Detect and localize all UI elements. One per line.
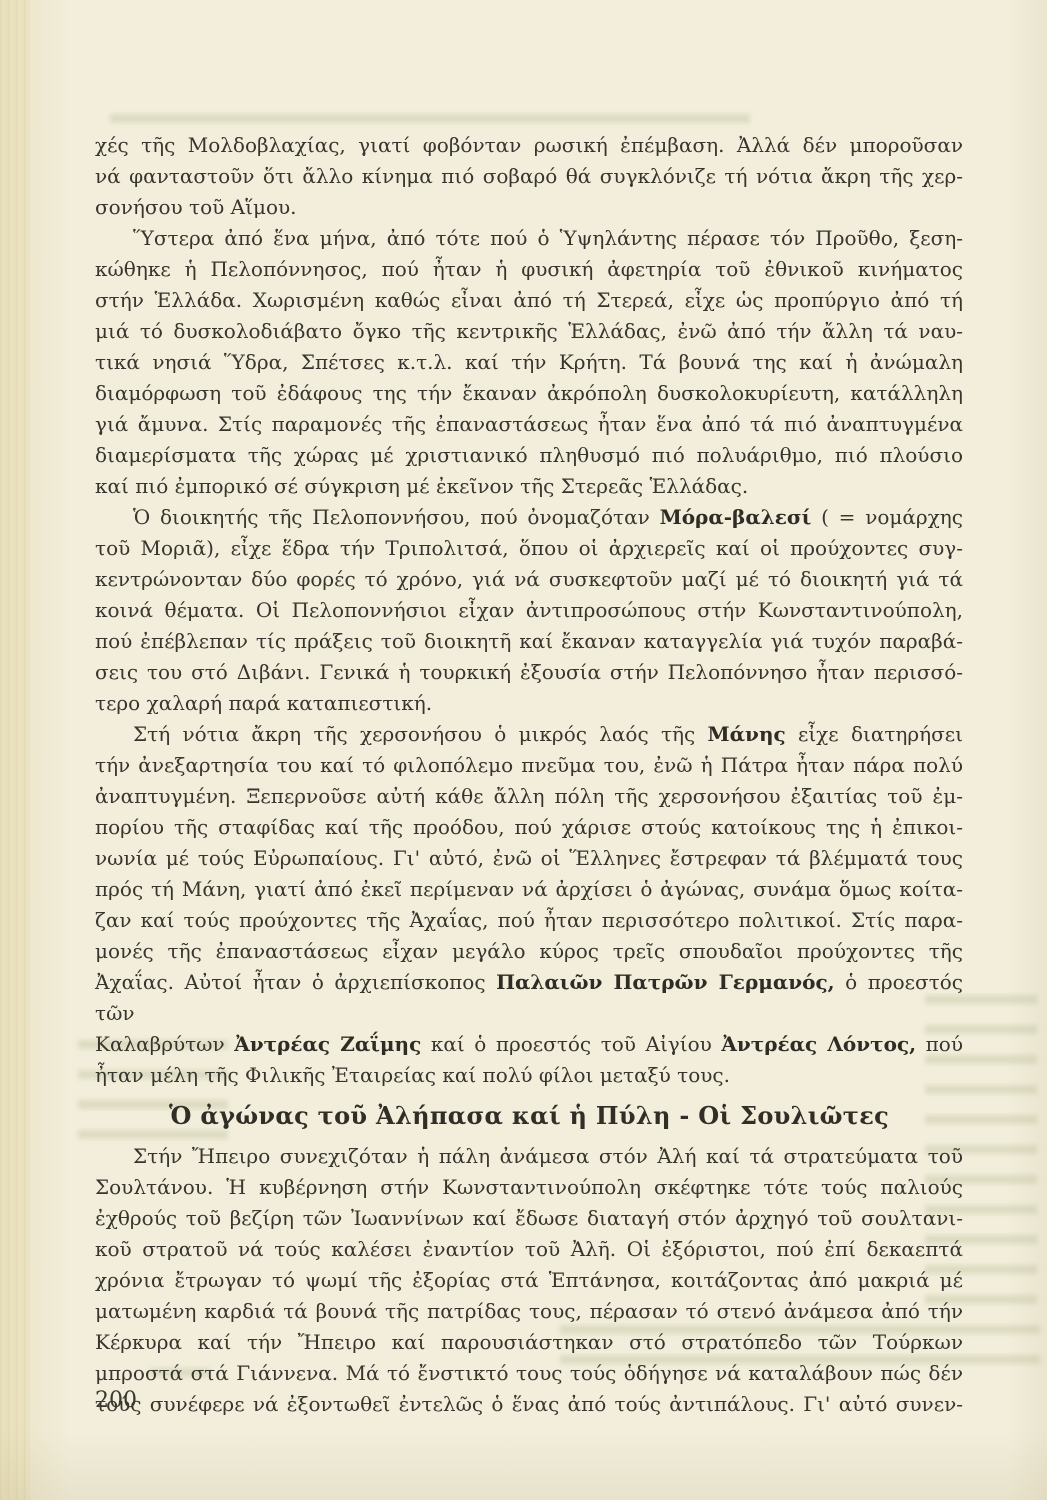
text-line: Στήν Ἤπειρο συνεχιζόταν ἡ πάλη ἀνάμεσα σ…: [95, 1141, 963, 1172]
text-block: χές τῆς Μολδοβλαχίας, γιατί φοβόνταν ρωσ…: [95, 130, 963, 1420]
paragraph-peloponnisos: Ὕστερα ἀπό ἕνα μήνα, ἀπό τότε πού ὁ Ὑψηλ…: [95, 223, 963, 502]
text-line: κοινά θέματα. Οἱ Πελοποννήσιοι εἶχαν ἀντ…: [95, 595, 963, 626]
text-line: ματωμένη καρδιά τά βουνά τῆς πατρίδας το…: [95, 1296, 963, 1327]
text-line: χρόνια ἔτρωγαν τό ψωμί τῆς ἐξορίας στά Ἑ…: [95, 1265, 963, 1296]
text-line: Στή νότια ἄκρη τῆς χερσονήσου ὁ μικρός λ…: [95, 719, 963, 750]
text-line: Ἀχαΐας. Αὐτοί ἦταν ὁ ἀρχιεπίσκοπος Παλαι…: [95, 967, 963, 1029]
text-line: Κέρκυρα καί τήν Ἤπειρο καί παρουσιάστηκα…: [95, 1327, 963, 1358]
text-line: τήν ἀνεξαρτησία του καί τό φιλοπόλεμο πν…: [95, 750, 963, 781]
text-line: στήν Ἑλλάδα. Χωρισμένη καθώς εἶναι ἀπό τ…: [95, 285, 963, 316]
text-line: ἐχθρούς τοῦ βεζίρη τῶν Ἰωαννίνων καί ἔδω…: [95, 1203, 963, 1234]
text-line: τικά νησιά Ὕδρα, Σπέτσες κ.τ.λ. καί τήν …: [95, 347, 963, 378]
text-line: Καλαβρύτων Ἀντρέας Ζαΐμης καί ὁ προεστός…: [95, 1029, 963, 1060]
text-line: Σουλτάνου. Ἡ κυβέρνηση στήν Κωνσταντινού…: [95, 1172, 963, 1203]
text-line: διαμερίσματα τῆς χώρας μέ χριστιανικό πλ…: [95, 440, 963, 471]
text-line: Ὕστερα ἀπό ἕνα μήνα, ἀπό τότε πού ὁ Ὑψηλ…: [95, 223, 963, 254]
text-line: πρός τή Μάνη, γιατί ἀπό ἐκεῖ περίμεναν ν…: [95, 874, 963, 905]
text-line: καί πιό ἐμπορικό σέ σύγκριση μέ ἐκεῖνον …: [95, 471, 963, 502]
text-line: ἦταν μέλη τῆς Φιλικῆς Ἐταιρείας καί πολύ…: [95, 1060, 963, 1091]
text-line: Ὁ διοικητής τῆς Πελοποννήσου, πού ὀνομαζ…: [95, 502, 963, 533]
text-line: κοῦ στρατοῦ νά τούς καλέσει ἐναντίον τοῦ…: [95, 1234, 963, 1265]
text-line: σονήσου τοῦ Αἵμου.: [95, 192, 963, 223]
text-line: τερο χαλαρή παρά καταπιεστική.: [95, 688, 963, 719]
text-line: τοῦ Μοριᾶ), εἶχε ἕδρα τήν Τριπολιτσά, ὅπ…: [95, 533, 963, 564]
paragraph-moldovlachia: χές τῆς Μολδοβλαχίας, γιατί φοβόνταν ρωσ…: [95, 130, 963, 223]
text-line: νά φανταστοῦν ὅτι ἄλλο κίνημα πιό σοβαρό…: [95, 161, 963, 192]
text-line: διαμόρφωση τοῦ ἐδάφους της τήν ἔκαναν ἀκ…: [95, 378, 963, 409]
page-bottom-shading: [0, 1430, 1047, 1500]
text-line: χές τῆς Μολδοβλαχίας, γιατί φοβόνταν ρωσ…: [95, 130, 963, 161]
text-line: κώθηκε ἡ Πελοπόννησος, πού ἦταν ἡ φυσική…: [95, 254, 963, 285]
scan-gutter-fade: [0, 0, 70, 1500]
section-heading: Ὁ ἀγώνας τοῦ Ἀλήπασα καί ἡ Πύλη - Οἱ Σου…: [95, 1099, 963, 1133]
text-line: ἀναπτυγμένη. Ξεπερνοῦσε αὐτή κάθε ἄλλη π…: [95, 781, 963, 812]
page-number: 200: [95, 1388, 137, 1413]
text-line: ζαν καί τούς προύχοντες τῆς Ἀχαΐας, πού …: [95, 905, 963, 936]
text-line: μπροστά στά Γιάννενα. Μά τό ἔνστικτό του…: [95, 1358, 963, 1389]
paragraph-mani-achaia: Στή νότια ἄκρη τῆς χερσονήσου ὁ μικρός λ…: [95, 719, 963, 1091]
paragraph-mora-valesi: Ὁ διοικητής τῆς Πελοποννήσου, πού ὀνομαζ…: [95, 502, 963, 719]
book-page: χές τῆς Μολδοβλαχίας, γιατί φοβόνταν ρωσ…: [0, 0, 1047, 1500]
text-line: πορίου τῆς σταφίδας καί τῆς προόδου, πού…: [95, 812, 963, 843]
text-line: μιά τό δυσκολοδιάβατο ὄγκο τῆς κεντρικῆς…: [95, 316, 963, 347]
text-line: μονές τῆς ἐπαναστάσεως εἶχαν μεγάλο κύρο…: [95, 936, 963, 967]
text-line: νωνία μέ τούς Εὐρωπαίους. Γι' αὐτό, ἐνῶ …: [95, 843, 963, 874]
paragraph-alipasas-pyli: Στήν Ἤπειρο συνεχιζόταν ἡ πάλη ἀνάμεσα σ…: [95, 1141, 963, 1420]
text-line: κεντρώνονταν δύο φορές τό χρόνο, γιά νά …: [95, 564, 963, 595]
text-line: γιά ἄμυνα. Στίς παραμονές τῆς ἐπαναστάσε…: [95, 409, 963, 440]
text-line: σεις του στό Διβάνι. Γενικά ἡ τουρκική ἐ…: [95, 657, 963, 688]
text-line: πού ἐπέβλεπαν τίς πράξεις τοῦ διοικητῆ κ…: [95, 626, 963, 657]
text-line: τούς συνέφερε νά ἐξοντωθεῖ ἐντελῶς ὁ ἕνα…: [95, 1389, 963, 1420]
page-right-shading: [1007, 0, 1047, 1500]
